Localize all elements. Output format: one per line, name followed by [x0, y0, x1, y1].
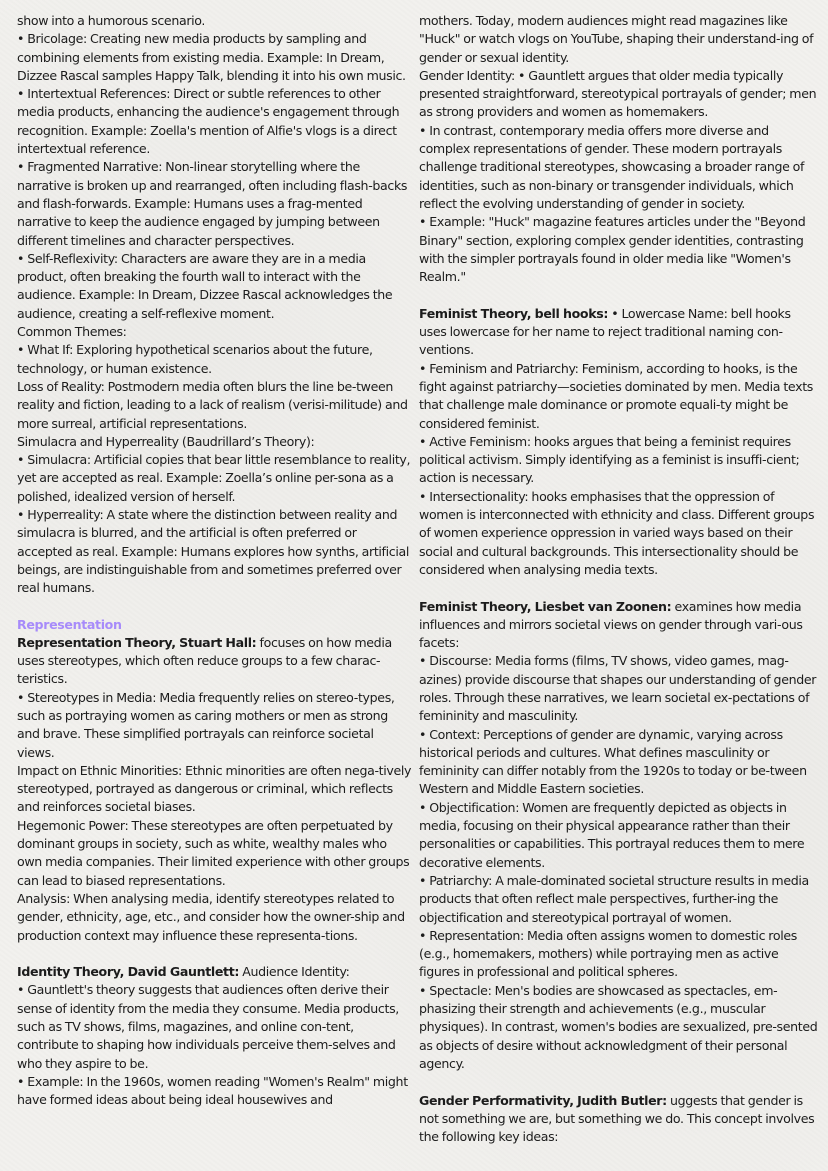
intertextual-item: • Intertextual References: Direct or sub… [17, 85, 413, 158]
simulacra-item: • Simulacra: Artificial copies that bear… [17, 451, 413, 506]
gender-identity-item: Gender Identity: • Gauntlett argues that… [419, 67, 818, 122]
zoonen-title: Feminist Theory, Liesbet van Zoonen: [419, 599, 671, 614]
zoonen-context-item: • Context: Perceptions of gender are dyn… [419, 726, 818, 799]
zoonen-patriarchy-item: • Patriarchy: A male-dominated societal … [419, 872, 818, 927]
zoonen-paragraph: Feminist Theory, Liesbet van Zoonen: exa… [419, 598, 818, 653]
notes-page: show into a humorous scenario. • Bricola… [0, 0, 828, 1171]
hall-hegemonic-item: Hegemonic Power: These stereotypes are o… [17, 817, 413, 890]
zoonen-spectacle-item: • Spectacle: Men's bodies are showcased … [419, 982, 818, 1073]
hooks-patriarchy-item: • Feminism and Patriarchy: Feminism, acc… [419, 360, 818, 433]
huck-example-item: • Example: "Huck" magazine features arti… [419, 213, 818, 286]
fragmented-narrative-item: • Fragmented Narrative: Non-linear story… [17, 158, 413, 249]
hall-stereotypes-item: • Stereotypes in Media: Media frequently… [17, 689, 413, 762]
zoonen-discourse-item: • Discourse: Media forms (films, TV show… [419, 652, 818, 725]
gauntlett-intro: Audience Identity: [239, 964, 349, 979]
what-if-item: • What If: Exploring hypothetical scenar… [17, 341, 413, 378]
simulacra-heading: Simulacra and Hyperreality (Baudrillard’… [17, 433, 413, 451]
zoonen-representation-item: • Representation: Media often assigns wo… [419, 927, 818, 982]
common-themes-label: Common Themes: [17, 323, 413, 341]
spacer [419, 1073, 818, 1091]
gauntlett-paragraph: Identity Theory, David Gauntlett: Audien… [17, 963, 413, 981]
butler-title: Gender Performativity, Judith Butler: [419, 1093, 667, 1108]
intro-line: show into a humorous scenario. [17, 12, 413, 30]
bricolage-item: • Bricolage: Creating new media products… [17, 30, 413, 85]
spacer [419, 286, 818, 304]
left-column: show into a humorous scenario. • Bricola… [17, 12, 419, 1171]
self-reflexivity-item: • Self-Reflexivity: Characters are aware… [17, 250, 413, 323]
hooks-active-item: • Active Feminism: hooks argues that bei… [419, 433, 818, 488]
loss-of-reality-item: Loss of Reality: Postmodern media often … [17, 378, 413, 433]
gauntlett-theory-item: • Gauntlett's theory suggests that audie… [17, 981, 413, 1072]
hooks-paragraph: Feminist Theory, bell hooks: • Lowercase… [419, 305, 818, 360]
hooks-intersectionality-item: • Intersectionality: hooks emphasises th… [419, 488, 818, 579]
hall-title: Representation Theory, Stuart Hall: [17, 635, 256, 650]
hyperreality-item: • Hyperreality: A state where the distin… [17, 506, 413, 597]
section-heading-representation: Representation [17, 616, 413, 634]
contrast-item: • In contrast, contemporary media offers… [419, 122, 818, 213]
continuation-paragraph: mothers. Today, modern audiences might r… [419, 12, 818, 67]
hall-paragraph: Representation Theory, Stuart Hall: focu… [17, 634, 413, 689]
right-column: mothers. Today, modern audiences might r… [419, 12, 818, 1171]
hooks-title: Feminist Theory, bell hooks: [419, 306, 608, 321]
butler-paragraph: Gender Performativity, Judith Butler: ug… [419, 1092, 818, 1147]
hall-ethnic-item: Impact on Ethnic Minorities: Ethnic mino… [17, 762, 413, 817]
zoonen-objectification-item: • Objectification: Women are frequently … [419, 799, 818, 872]
hall-analysis-item: Analysis: When analysing media, identify… [17, 890, 413, 945]
spacer [17, 945, 413, 963]
spacer [419, 579, 818, 597]
gauntlett-example-item: • Example: In the 1960s, women reading "… [17, 1073, 413, 1110]
gauntlett-title: Identity Theory, David Gauntlett: [17, 964, 239, 979]
